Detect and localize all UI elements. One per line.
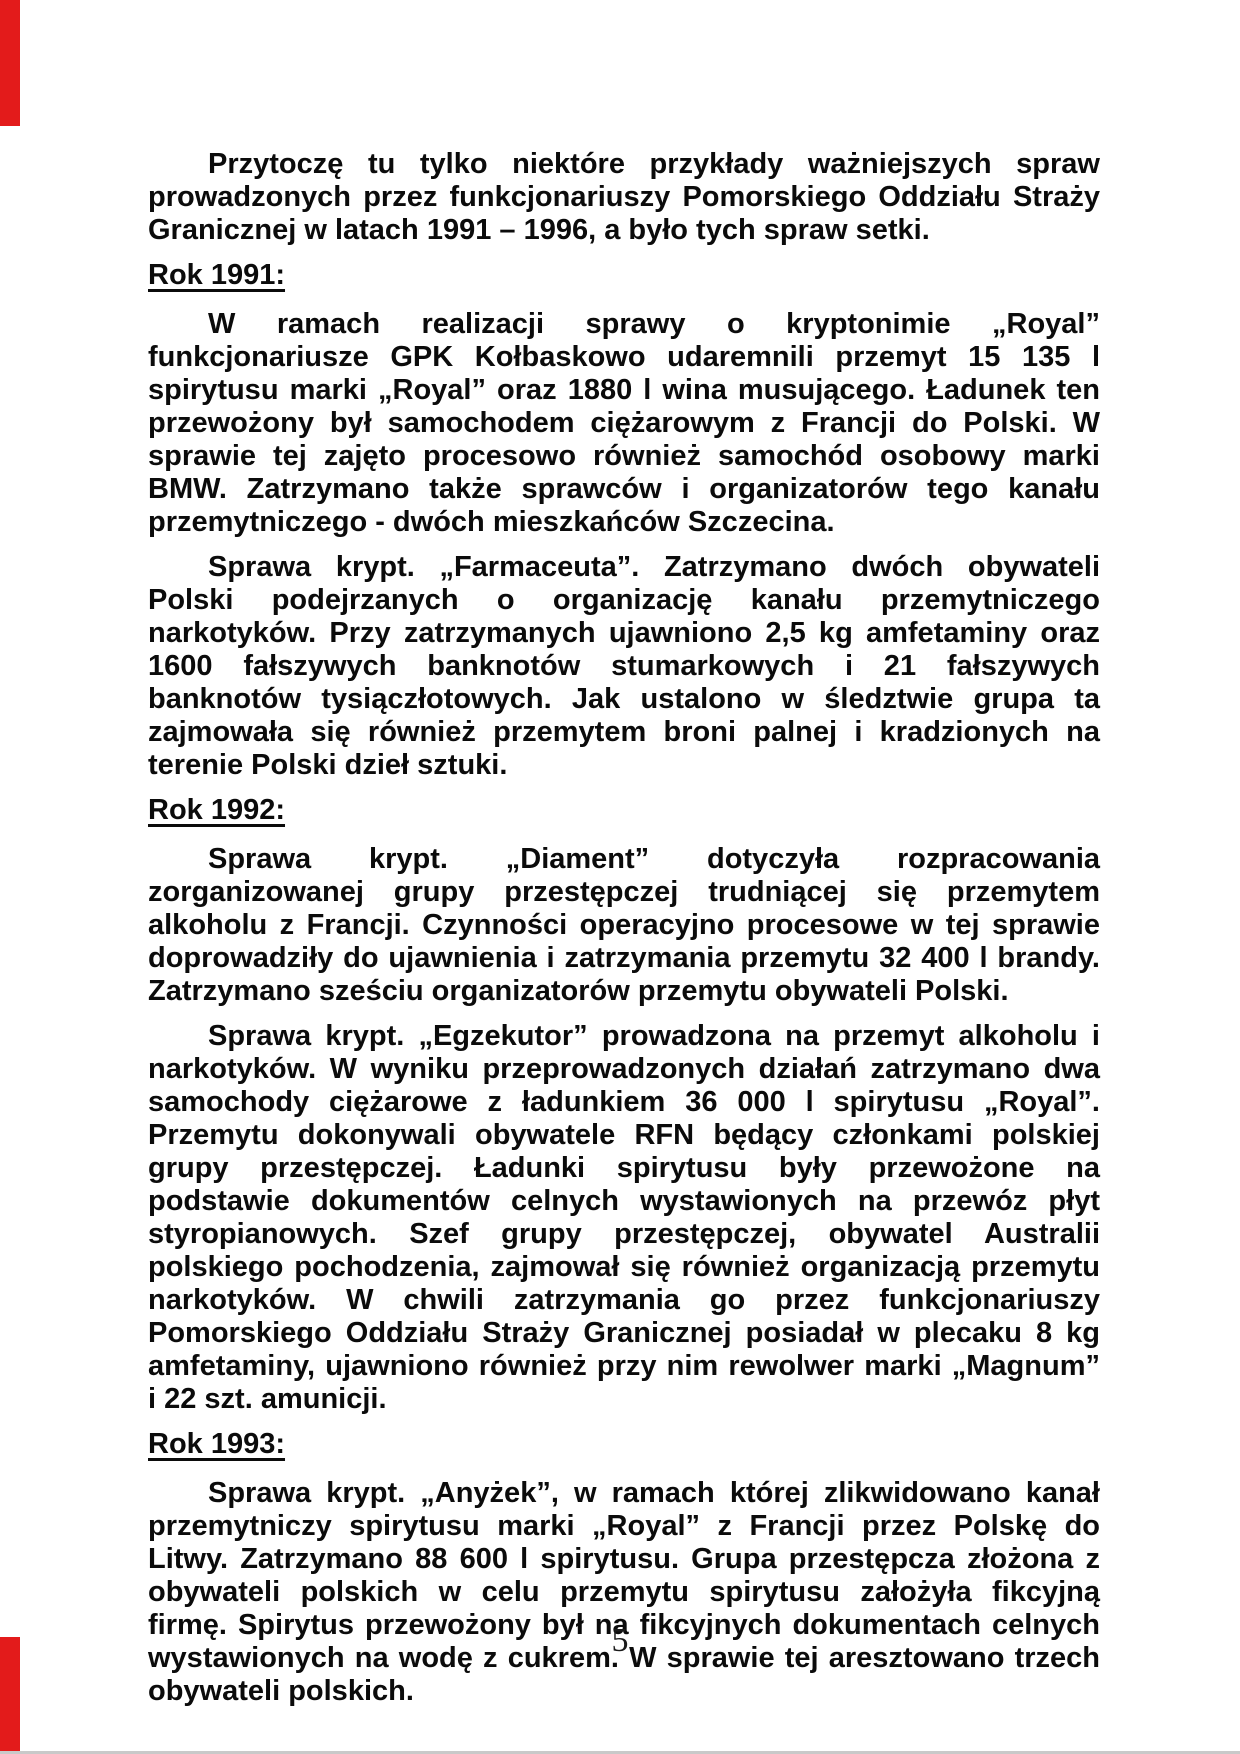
document-page: Przytoczę tu tylko niektóre przykłady wa… (0, 0, 1240, 1754)
paragraph-diament: Sprawa krypt. „Diament” dotyczyła rozpra… (148, 843, 1100, 1008)
paragraph-farmaceuta: Sprawa krypt. „Farmaceuta”. Zatrzymano d… (148, 551, 1100, 782)
intro-paragraph: Przytoczę tu tylko niektóre przykłady wa… (148, 148, 1100, 247)
section-heading-1992: Rok 1992: (148, 794, 1100, 827)
section-heading-1991: Rok 1991: (148, 259, 1100, 292)
paragraph-anyzek: Sprawa krypt. „Anyżek”, w ramach której … (148, 1477, 1100, 1708)
page-edge-mark-top (0, 0, 20, 126)
document-content: Przytoczę tu tylko niektóre przykłady wa… (148, 148, 1100, 1720)
paragraph-egzekutor: Sprawa krypt. „Egzekutor” prowadzona na … (148, 1020, 1100, 1416)
page-number: 5 (0, 1624, 1240, 1658)
section-heading-1993: Rok 1993: (148, 1428, 1100, 1461)
paragraph-royal-1991: W ramach realizacji sprawy o kryptonimie… (148, 308, 1100, 539)
